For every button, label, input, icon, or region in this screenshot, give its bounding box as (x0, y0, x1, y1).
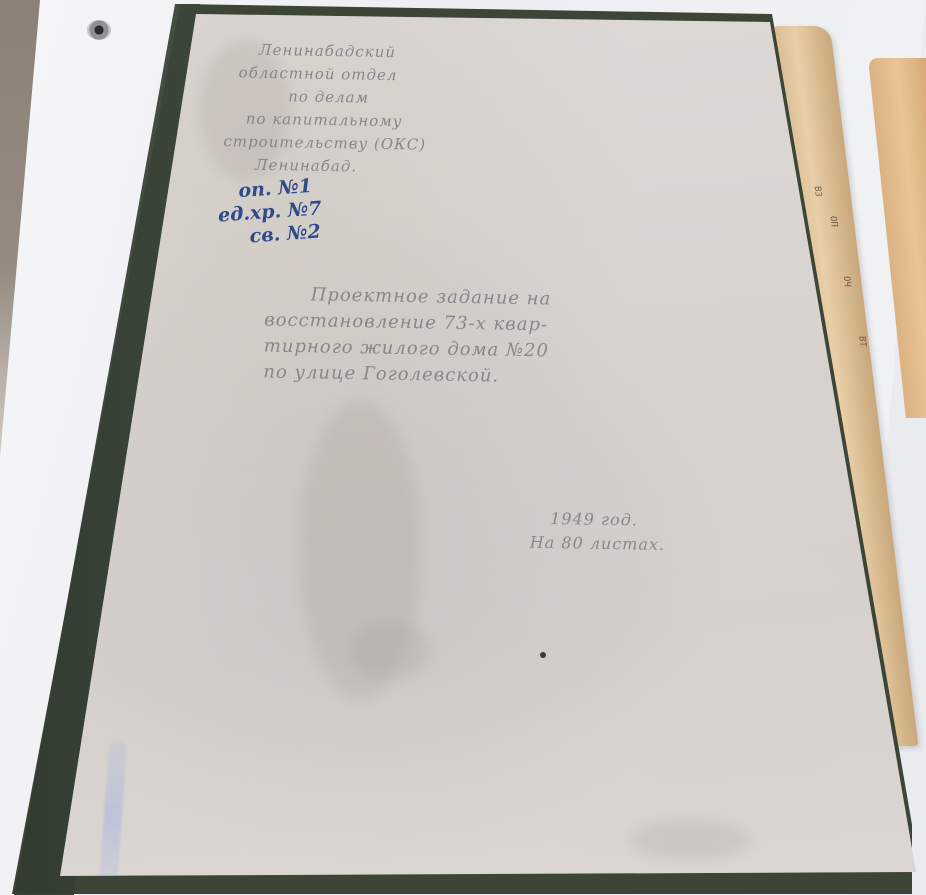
ink-dot (540, 652, 546, 658)
document-year: 1949 год. (550, 507, 686, 533)
document-title: Проектное задание на восстановление 73-х… (263, 282, 550, 391)
header-line: областной отдел (238, 61, 441, 88)
strip-stamp: ВТ (856, 336, 867, 347)
photo-scene: ВЗ ОП ОЧ ВТ Ленинабадский областной отде… (0, 0, 926, 895)
blue-stain (99, 740, 127, 891)
screw-icon (87, 20, 111, 40)
document-date-block: 1949 год. На 80 листах. (540, 507, 676, 557)
header-line: строительству (ОКС) (223, 130, 426, 157)
issuing-organization: Ленинабадский областной отдел по делам п… (227, 38, 432, 180)
sheet-count: На 80 листах. (530, 531, 666, 557)
strip-stamp: ОП (827, 216, 838, 227)
strip-stamp: ВЗ (812, 186, 823, 197)
archive-reference: оп. №1 ед.хр. №7 св. №2 (216, 174, 324, 250)
title-line: по улице Гоголевской. (263, 360, 549, 391)
strip-stamp: ОЧ (841, 276, 852, 287)
